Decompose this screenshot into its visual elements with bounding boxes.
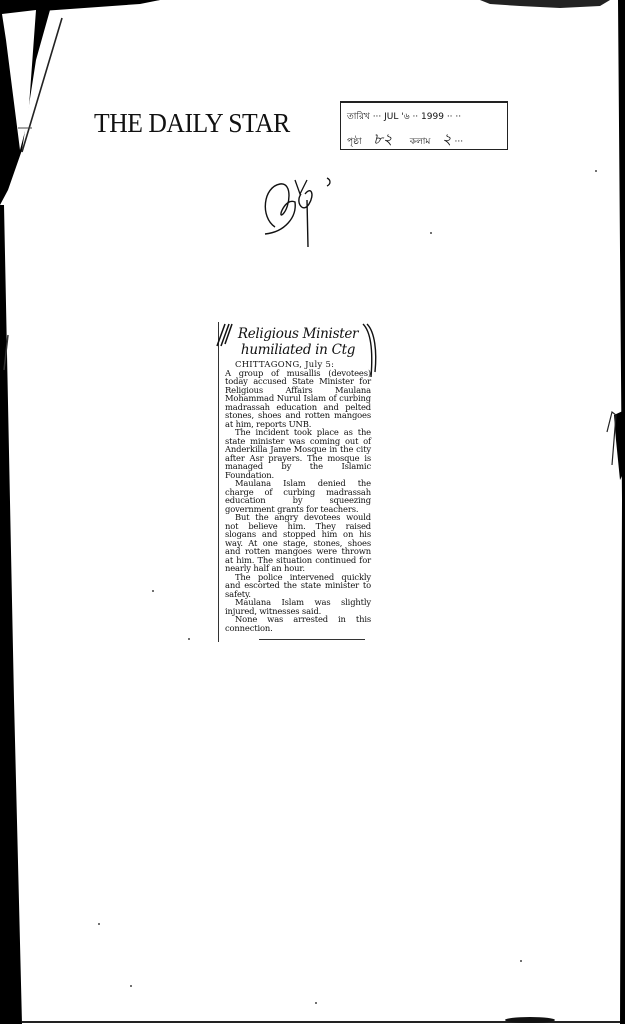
stamp-column-value: ২ bbox=[442, 130, 452, 148]
scan-speck bbox=[430, 232, 432, 234]
scan-speck bbox=[152, 590, 154, 592]
article-paragraph: Maulana Islam was slightly injured, witn… bbox=[225, 598, 371, 615]
scan-speck bbox=[130, 985, 132, 987]
scan-speck bbox=[595, 170, 597, 172]
article-paragraph: A group of musallis (devotees) today acc… bbox=[225, 369, 371, 429]
archive-date-stamp: তারিখ ··· JUL '৬ ·· 1999 ·· ·· পৃষ্ঠা ৮২… bbox=[340, 101, 508, 150]
news-clipping: Religious Minister humiliated in Ctg CHI… bbox=[218, 322, 371, 642]
handwritten-annotation-icon bbox=[255, 172, 345, 252]
clip-corner-icon bbox=[209, 322, 239, 352]
stamp-page-row: পৃষ্ঠা ৮২ কলাম ২ ··· bbox=[347, 128, 463, 153]
article-paragraph: But the angry devotees would not believe… bbox=[225, 513, 371, 573]
clip-corner-right-icon bbox=[361, 322, 379, 382]
article-headline: Religious Minister humiliated in Ctg bbox=[225, 326, 371, 358]
article-paragraph: The police intervened quickly and escort… bbox=[225, 573, 371, 599]
headline-line-2: humiliated in Ctg bbox=[225, 342, 371, 358]
article-body: CHITTAGONG, July 5: A group of musallis … bbox=[225, 360, 371, 632]
stamp-column-label: কলাম bbox=[410, 137, 431, 147]
scan-speck bbox=[520, 960, 522, 962]
stamp-date-row: তারিখ ··· JUL '৬ ·· 1999 ·· ·· bbox=[347, 109, 461, 124]
newspaper-masthead: THE DAILY STAR bbox=[94, 108, 290, 139]
scan-speck bbox=[188, 638, 190, 640]
headline-line-1: Religious Minister bbox=[225, 326, 371, 342]
stamp-page-label: পৃষ্ঠা bbox=[347, 137, 362, 147]
article-paragraph: Maulana Islam denied the charge of curbi… bbox=[225, 479, 371, 513]
stamp-page-value: ৮২ bbox=[373, 130, 393, 148]
scan-speck bbox=[315, 1002, 317, 1004]
stamp-date-value: JUL '৬ ·· 1999 bbox=[384, 112, 444, 122]
stamp-date-label: তারিখ bbox=[347, 112, 370, 122]
clipping-bottom-rule bbox=[259, 639, 365, 640]
scan-speck bbox=[98, 923, 100, 925]
article-paragraph: None was arrested in this connection. bbox=[225, 615, 371, 632]
article-paragraph: The incident took place as the state min… bbox=[225, 428, 371, 479]
